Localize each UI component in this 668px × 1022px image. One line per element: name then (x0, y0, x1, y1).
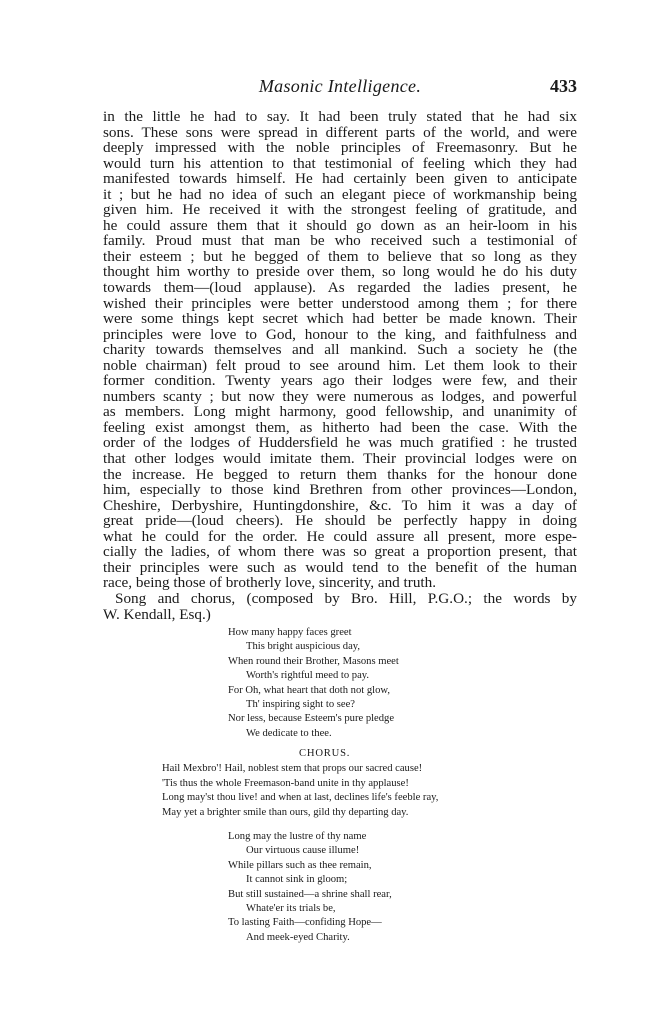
page-number: 433 (550, 76, 577, 97)
body-text: in the little he had to say. It had been… (103, 109, 577, 622)
text-line: he could assure them that it should go d… (103, 218, 577, 234)
text-line: Song and chorus, (composed by Bro. Hill,… (103, 591, 577, 607)
text-line: their esteem ; but he begged of them to … (103, 249, 577, 265)
text-line: him, especially to those kind Brethren f… (103, 482, 577, 498)
text-line: feeling exist amongst them, as hitherto … (103, 420, 577, 436)
text-line: their principles were such as would tend… (103, 560, 577, 576)
text-line: order of the lodges of Huddersfield he w… (103, 435, 577, 451)
text-line: numbers scanty ; but now they were numer… (103, 389, 577, 405)
text-line: charity towards themselves and all manki… (103, 342, 577, 358)
verse-line: For Oh, what heart that doth not glow, (228, 684, 399, 698)
chorus-line: Long may'st thou live! and when at last,… (162, 791, 438, 806)
text-line: cially the ladies, of whom there was so … (103, 544, 577, 560)
text-line: what he could for the order. He could as… (103, 529, 577, 545)
chorus: Hail Mexbro'! Hail, noblest stem that pr… (162, 762, 438, 820)
verse-line: Long may the lustre of thy name (228, 830, 392, 844)
text-line: former condition. Twenty years ago their… (103, 373, 577, 389)
text-line: that other lodges would imitate them. Th… (103, 451, 577, 467)
verse-line: Whate'er its trials be, (228, 902, 392, 916)
chorus-heading: CHORUS. (299, 748, 350, 759)
verse-line: Our virtuous cause illume! (228, 844, 392, 858)
text-line: sons. These sons were spread in differen… (103, 125, 577, 141)
text-line: it ; but he had no idea of such an elega… (103, 187, 577, 203)
page-header: Masonic Intelligence. 433 (103, 76, 577, 98)
verse-line: Nor less, because Esteem's pure pledge (228, 712, 399, 726)
text-line: given him. He received it with the stron… (103, 202, 577, 218)
text-line: would turn his attention to that testimo… (103, 156, 577, 172)
running-title: Masonic Intelligence. (103, 76, 577, 97)
verse-line: How many happy faces greet (228, 626, 399, 640)
text-line: Cheshire, Derbyshire, Huntingdonshire, &… (103, 498, 577, 514)
verse-line: Th' inspiring sight to see? (228, 698, 399, 712)
chorus-line: 'Tis thus the whole Freemason-band unite… (162, 777, 438, 792)
verse-line: When round their Brother, Masons meet (228, 655, 399, 669)
text-line: in the little he had to say. It had been… (103, 109, 577, 125)
verse-line: This bright auspicious day, (228, 640, 399, 654)
text-line: the increase. He begged to return them t… (103, 467, 577, 483)
verse-line: While pillars such as thee remain, (228, 859, 392, 873)
verse-line: To lasting Faith—confiding Hope— (228, 916, 392, 930)
text-line: race, being those of brotherly love, sin… (103, 575, 577, 591)
text-line: manifested towards himself. He had certa… (103, 171, 577, 187)
text-line: deeply impressed with the noble principl… (103, 140, 577, 156)
song-verse-2: Long may the lustre of thy name Our virt… (228, 830, 392, 945)
text-line: family. Proud must that man be who recei… (103, 233, 577, 249)
text-line: great pride—(loud cheers). He should be … (103, 513, 577, 529)
verse-line: But still sustained—a shrine shall rear, (228, 888, 392, 902)
chorus-line: May yet a brighter smile than ours, gild… (162, 806, 438, 821)
text-line: wished their principles were better unde… (103, 296, 577, 312)
text-line: W. Kendall, Esq.) (103, 607, 577, 623)
chorus-line: Hail Mexbro'! Hail, noblest stem that pr… (162, 762, 438, 777)
text-line: noble chairman) felt proud to see around… (103, 358, 577, 374)
verse-line: Worth's rightful meed to pay. (228, 669, 399, 683)
text-line: towards them—(loud applause). As regarde… (103, 280, 577, 296)
text-line: thought him worthy to preside over them,… (103, 264, 577, 280)
verse-line: And meek-eyed Charity. (228, 931, 392, 945)
text-line: were some things kept secret which had b… (103, 311, 577, 327)
text-line: principles were love to God, honour to t… (103, 327, 577, 343)
verse-line: It cannot sink in gloom; (228, 873, 392, 887)
song-verse-1: How many happy faces greet This bright a… (228, 626, 399, 741)
verse-line: We dedicate to thee. (228, 727, 399, 741)
text-line: as members. Long might harmony, good fel… (103, 404, 577, 420)
